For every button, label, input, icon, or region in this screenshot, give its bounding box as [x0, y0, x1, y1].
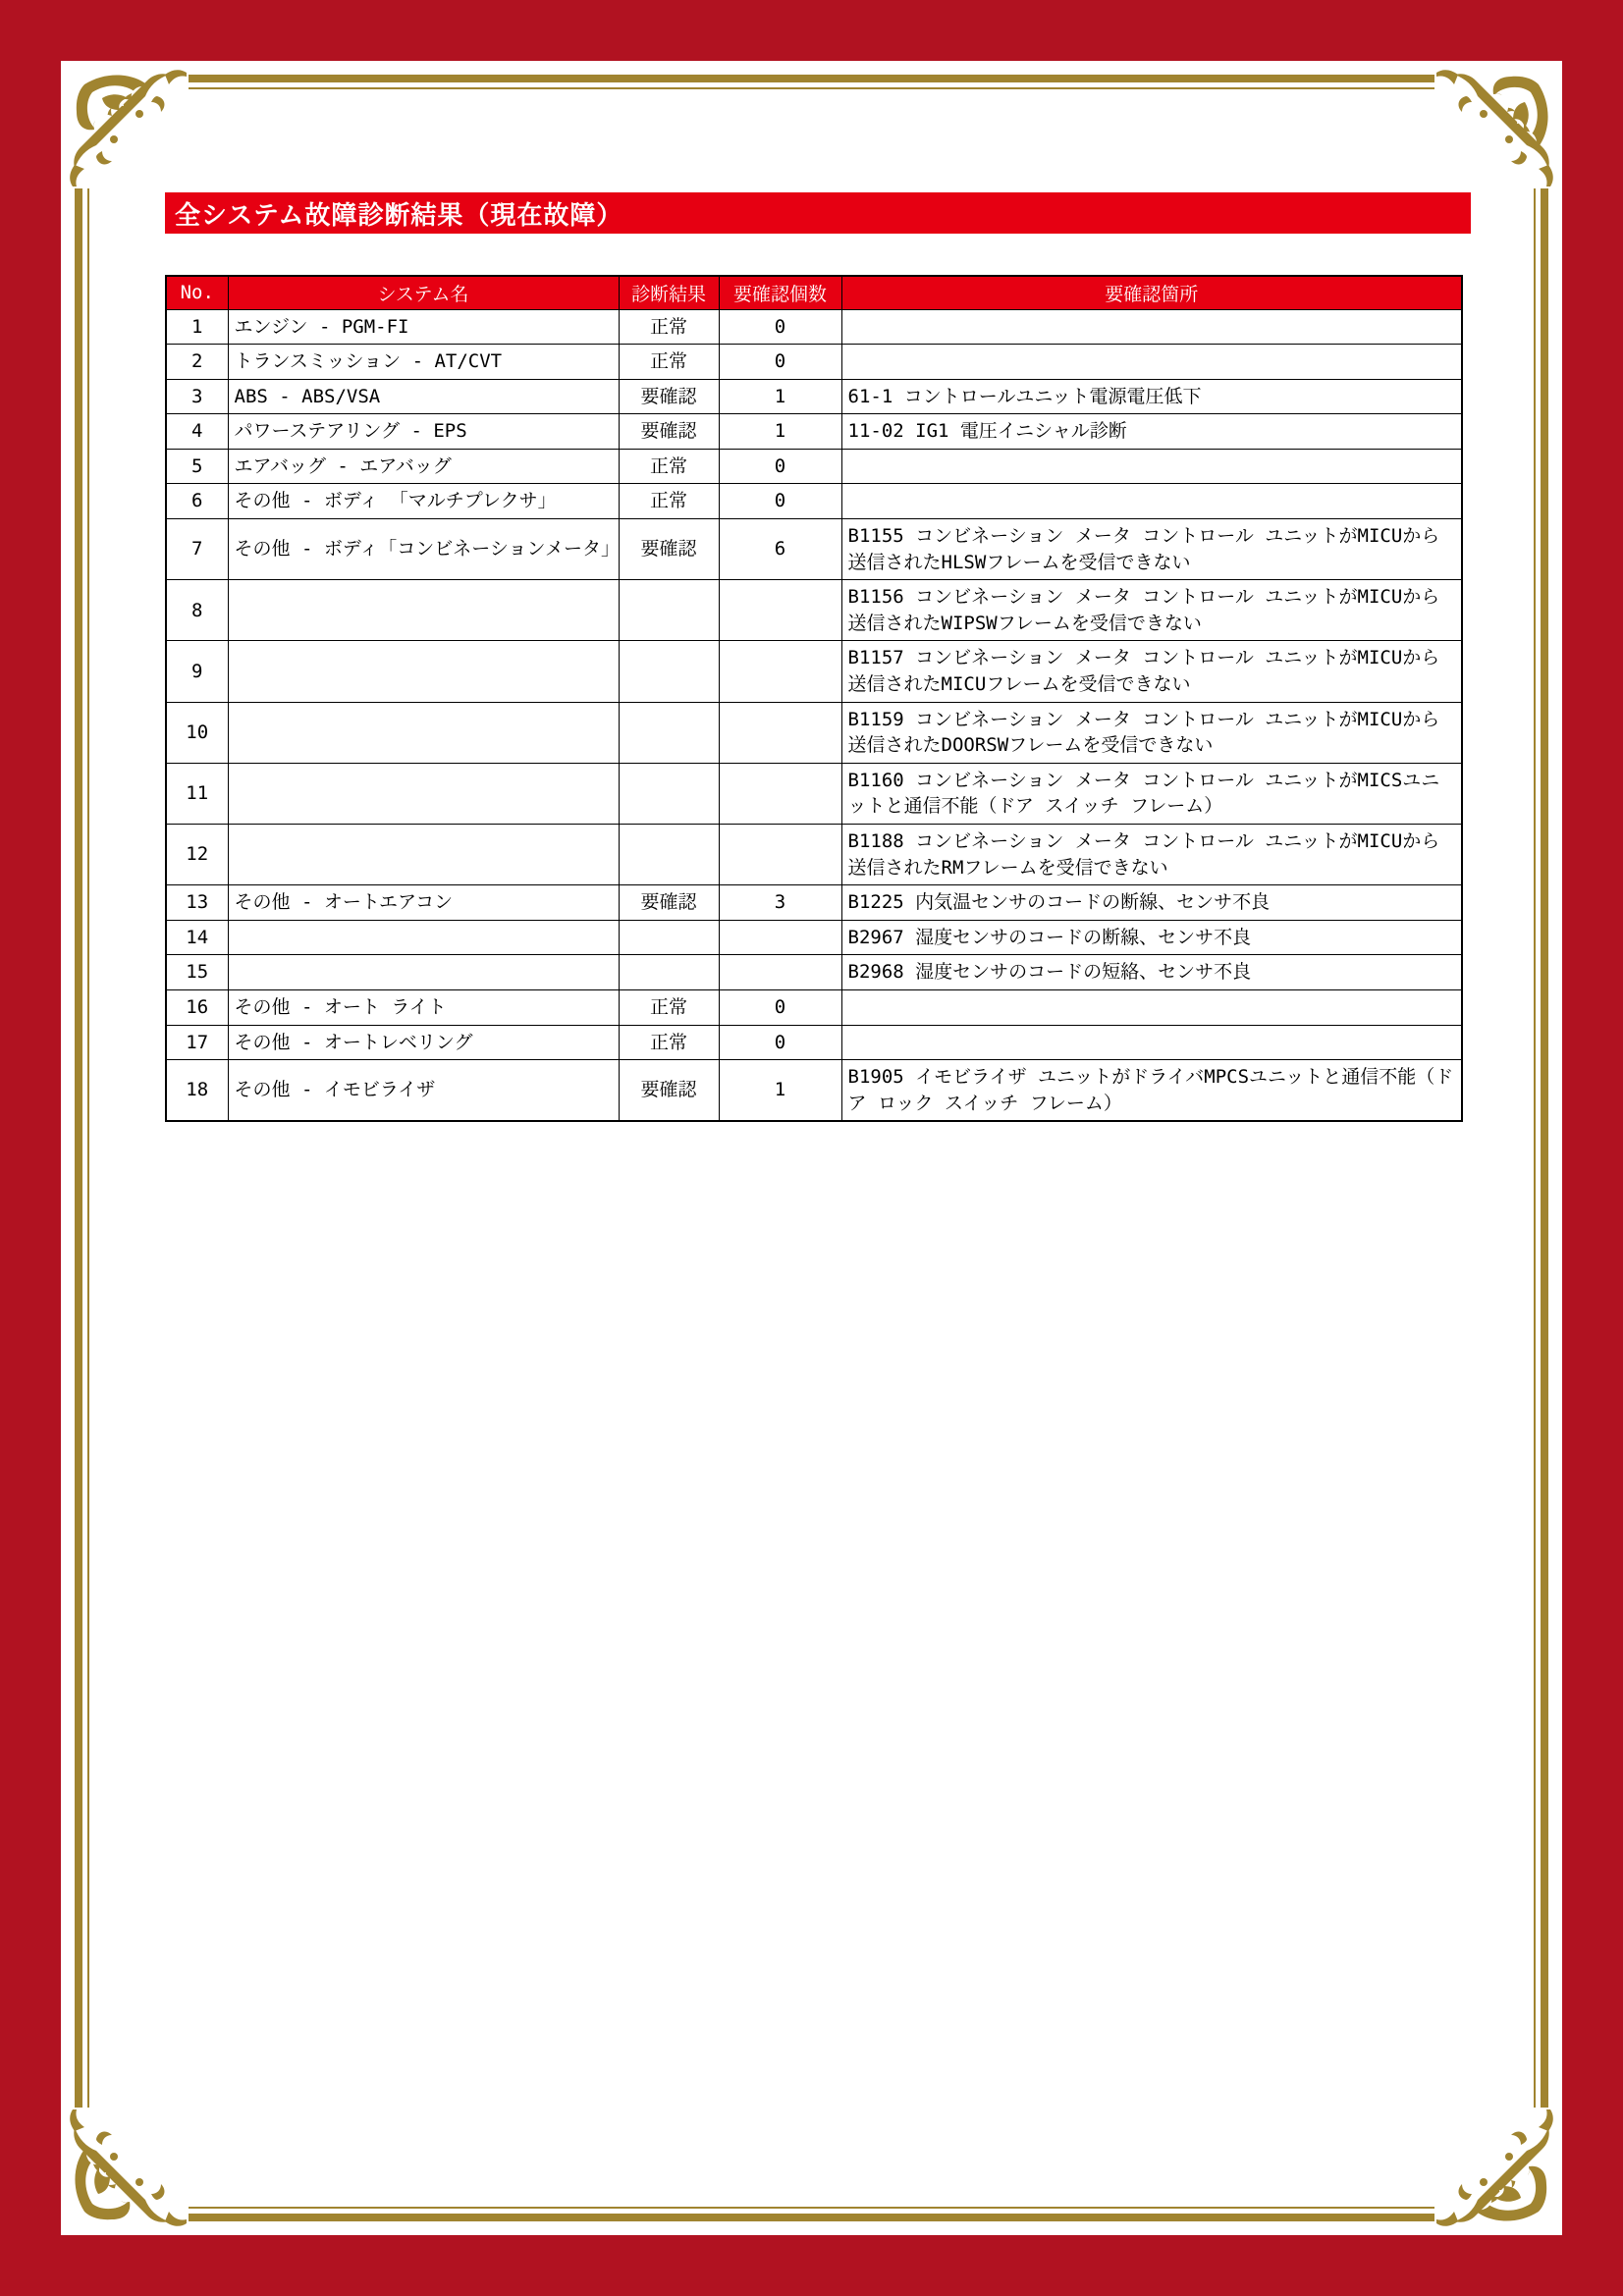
- cell-system-name: その他 - オート ライト: [228, 989, 619, 1025]
- cell-system-name: パワーステアリング - EPS: [228, 414, 619, 450]
- cell-diagnosis-result: 正常: [619, 309, 719, 345]
- cell-check-location: B1160 コンビネーション メータ コントロール ユニットがMICSユニットと…: [841, 763, 1462, 824]
- cell-check-count: [719, 955, 841, 990]
- table-row: 5 エアバッグ - エアバッグ 正常 0: [166, 449, 1462, 484]
- cell-diagnosis-result: 要確認: [619, 414, 719, 450]
- cell-check-count: 0: [719, 1025, 841, 1060]
- table-row: 18 その他 - イモビライザ 要確認 1 B1905 イモビライザ ユニットが…: [166, 1060, 1462, 1122]
- cell-check-location: B1156 コンビネーション メータ コントロール ユニットがMICUから送信さ…: [841, 580, 1462, 641]
- cell-row-number: 11: [166, 763, 228, 824]
- col-header-location: 要確認箇所: [841, 276, 1462, 309]
- col-header-no: No.: [166, 276, 228, 309]
- cell-diagnosis-result: [619, 580, 719, 641]
- table-header-row: No. システム名 診断結果 要確認個数 要確認箇所: [166, 276, 1462, 309]
- cell-row-number: 8: [166, 580, 228, 641]
- cell-system-name: [228, 920, 619, 955]
- corner-flourish-bottom-right-icon: [1434, 2108, 1560, 2233]
- cell-diagnosis-result: [619, 920, 719, 955]
- cell-check-location: B2968 湿度センサのコードの短絡、センサ不良: [841, 955, 1462, 990]
- col-header-system: システム名: [228, 276, 619, 309]
- cell-row-number: 7: [166, 519, 228, 580]
- table-body: 1 エンジン - PGM-FI 正常 0 2 トランスミッション - AT/CV…: [166, 309, 1462, 1121]
- cell-row-number: 5: [166, 449, 228, 484]
- cell-diagnosis-result: 要確認: [619, 519, 719, 580]
- cell-check-count: [719, 702, 841, 763]
- cell-diagnosis-result: 要確認: [619, 379, 719, 414]
- cell-check-location: [841, 1025, 1462, 1060]
- cell-system-name: トランスミッション - AT/CVT: [228, 345, 619, 380]
- cell-check-count: 0: [719, 989, 841, 1025]
- cell-row-number: 3: [166, 379, 228, 414]
- cell-system-name: [228, 580, 619, 641]
- cell-diagnosis-result: 正常: [619, 1025, 719, 1060]
- cell-diagnosis-result: 要確認: [619, 885, 719, 921]
- cell-system-name: その他 - イモビライザ: [228, 1060, 619, 1122]
- cell-check-location: 11-02 IG1 電圧イニシャル診断: [841, 414, 1462, 450]
- cell-check-location: B1905 イモビライザ ユニットがドライバMPCSユニットと通信不能（ドア ロ…: [841, 1060, 1462, 1122]
- cell-diagnosis-result: 正常: [619, 345, 719, 380]
- cell-check-count: 6: [719, 519, 841, 580]
- cell-check-location: B1155 コンビネーション メータ コントロール ユニットがMICUから送信さ…: [841, 519, 1462, 580]
- cell-row-number: 12: [166, 825, 228, 885]
- table-row: 14 B2967 湿度センサのコードの断線、センサ不良: [166, 920, 1462, 955]
- cell-row-number: 10: [166, 702, 228, 763]
- table-row: 13 その他 - オートエアコン 要確認 3 B1225 内気温センサのコードの…: [166, 885, 1462, 921]
- cell-check-count: 0: [719, 484, 841, 519]
- table-row: 10 B1159 コンビネーション メータ コントロール ユニットがMICUから…: [166, 702, 1462, 763]
- cell-check-location: 61-1 コントロールユニット電源電圧低下: [841, 379, 1462, 414]
- cell-check-count: 1: [719, 1060, 841, 1122]
- cell-check-count: [719, 641, 841, 702]
- cell-check-count: 1: [719, 379, 841, 414]
- table-row: 9 B1157 コンビネーション メータ コントロール ユニットがMICUから送…: [166, 641, 1462, 702]
- corner-flourish-top-left-icon: [63, 63, 189, 188]
- cell-system-name: [228, 763, 619, 824]
- cell-diagnosis-result: [619, 763, 719, 824]
- cell-check-location: [841, 989, 1462, 1025]
- cell-check-count: [719, 763, 841, 824]
- cell-system-name: その他 - オートエアコン: [228, 885, 619, 921]
- table-row: 4 パワーステアリング - EPS 要確認 1 11-02 IG1 電圧イニシャ…: [166, 414, 1462, 450]
- cell-check-location: [841, 309, 1462, 345]
- cell-check-location: B1159 コンビネーション メータ コントロール ユニットがMICUから送信さ…: [841, 702, 1462, 763]
- cell-check-location: B2967 湿度センサのコードの断線、センサ不良: [841, 920, 1462, 955]
- cell-check-location: B1188 コンビネーション メータ コントロール ユニットがMICUから送信さ…: [841, 825, 1462, 885]
- cell-row-number: 4: [166, 414, 228, 450]
- cell-check-count: [719, 920, 841, 955]
- table-row: 11 B1160 コンビネーション メータ コントロール ユニットがMICSユニ…: [166, 763, 1462, 824]
- cell-row-number: 16: [166, 989, 228, 1025]
- cell-diagnosis-result: 正常: [619, 449, 719, 484]
- cell-diagnosis-result: [619, 825, 719, 885]
- cell-system-name: [228, 641, 619, 702]
- cell-system-name: [228, 825, 619, 885]
- cell-system-name: [228, 702, 619, 763]
- cell-diagnosis-result: [619, 641, 719, 702]
- table-row: 3 ABS - ABS/VSA 要確認 1 61-1 コントロールユニット電源電…: [166, 379, 1462, 414]
- cell-system-name: [228, 955, 619, 990]
- table-row: 8 B1156 コンビネーション メータ コントロール ユニットがMICUから送…: [166, 580, 1462, 641]
- cell-row-number: 9: [166, 641, 228, 702]
- cell-check-count: 0: [719, 309, 841, 345]
- table-row: 16 その他 - オート ライト 正常 0: [166, 989, 1462, 1025]
- report-title-bar: 全システム故障診断結果（現在故障）: [165, 192, 1471, 234]
- cell-check-count: 0: [719, 345, 841, 380]
- cell-diagnosis-result: 正常: [619, 484, 719, 519]
- table-row: 15 B2968 湿度センサのコードの短絡、センサ不良: [166, 955, 1462, 990]
- cell-row-number: 14: [166, 920, 228, 955]
- cell-row-number: 13: [166, 885, 228, 921]
- cell-check-count: 1: [719, 414, 841, 450]
- table-row: 7 その他 - ボディ「コンビネーションメータ」 要確認 6 B1155 コンビ…: [166, 519, 1462, 580]
- cell-diagnosis-result: 正常: [619, 989, 719, 1025]
- corner-flourish-top-right-icon: [1434, 63, 1560, 188]
- diagnosis-table: No. システム名 診断結果 要確認個数 要確認箇所 1 エンジン - PGM-…: [165, 275, 1463, 1122]
- cell-row-number: 1: [166, 309, 228, 345]
- cell-row-number: 2: [166, 345, 228, 380]
- table-row: 6 その他 - ボディ 「マルチプレクサ」 正常 0: [166, 484, 1462, 519]
- cell-system-name: その他 - ボディ「コンビネーションメータ」: [228, 519, 619, 580]
- cell-system-name: エンジン - PGM-FI: [228, 309, 619, 345]
- cell-row-number: 6: [166, 484, 228, 519]
- cell-diagnosis-result: [619, 702, 719, 763]
- report-page: 全システム故障診断結果（現在故障） No. システム名 診断結果 要確認個数 要…: [0, 0, 1623, 2296]
- cell-check-location: B1225 内気温センサのコードの断線、センサ不良: [841, 885, 1462, 921]
- corner-flourish-bottom-left-icon: [63, 2108, 189, 2233]
- cell-check-count: 3: [719, 885, 841, 921]
- col-header-count: 要確認個数: [719, 276, 841, 309]
- cell-check-count: [719, 580, 841, 641]
- table-row: 17 その他 - オートレベリング 正常 0: [166, 1025, 1462, 1060]
- table-row: 12 B1188 コンビネーション メータ コントロール ユニットがMICUから…: [166, 825, 1462, 885]
- cell-system-name: その他 - ボディ 「マルチプレクサ」: [228, 484, 619, 519]
- cell-diagnosis-result: [619, 955, 719, 990]
- cell-check-location: B1157 コンビネーション メータ コントロール ユニットがMICUから送信さ…: [841, 641, 1462, 702]
- cell-check-count: [719, 825, 841, 885]
- table-row: 1 エンジン - PGM-FI 正常 0: [166, 309, 1462, 345]
- cell-check-location: [841, 484, 1462, 519]
- cell-row-number: 15: [166, 955, 228, 990]
- cell-check-location: [841, 449, 1462, 484]
- col-header-result: 診断結果: [619, 276, 719, 309]
- cell-row-number: 17: [166, 1025, 228, 1060]
- report-title: 全システム故障診断結果（現在故障）: [175, 195, 622, 232]
- cell-system-name: エアバッグ - エアバッグ: [228, 449, 619, 484]
- cell-row-number: 18: [166, 1060, 228, 1122]
- cell-diagnosis-result: 要確認: [619, 1060, 719, 1122]
- cell-system-name: ABS - ABS/VSA: [228, 379, 619, 414]
- table-row: 2 トランスミッション - AT/CVT 正常 0: [166, 345, 1462, 380]
- cell-check-count: 0: [719, 449, 841, 484]
- cell-check-location: [841, 345, 1462, 380]
- cell-system-name: その他 - オートレベリング: [228, 1025, 619, 1060]
